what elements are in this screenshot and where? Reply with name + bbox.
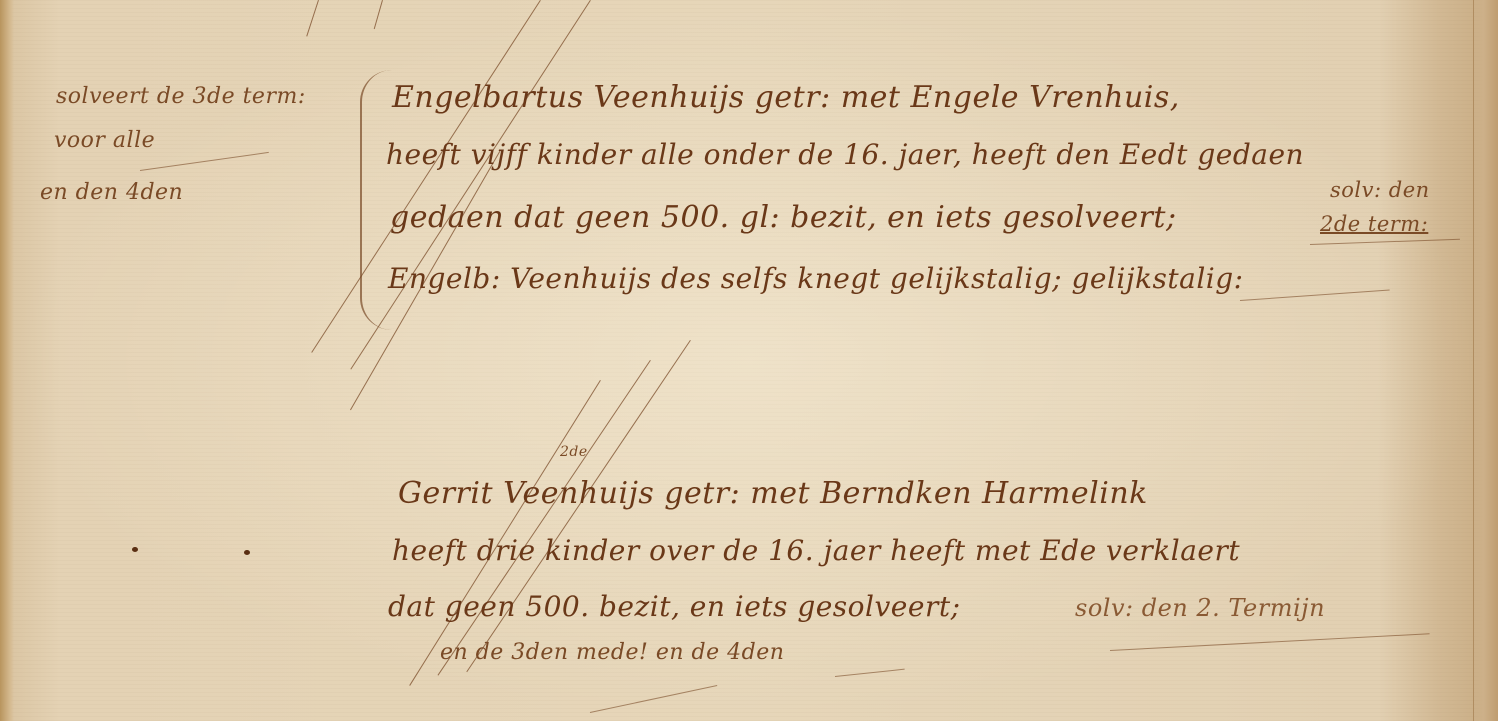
entry-1-line-3: gedaen dat geen 500. gl: bezit, en iets …: [390, 200, 1177, 235]
entry-1-side-note-line: solv: den: [1330, 178, 1430, 202]
entry-1-line-2: heeft vijff kinder alle onder de 16. jae…: [386, 138, 1304, 171]
ink-speck: [132, 547, 138, 552]
entry-2-prefix-mark: 2de: [560, 444, 588, 460]
pen-stroke: [311, 0, 541, 353]
pen-stroke: [306, 0, 319, 36]
entry-1-line-4: Engelb: Veenhuijs des selfs knegt gelijk…: [388, 262, 1244, 295]
page-left-edge: [0, 0, 14, 721]
entry-2-line-1: Gerrit Veenhuijs getr: met Berndken Harm…: [398, 476, 1148, 511]
margin-rule: [140, 152, 269, 171]
entry-1-side-note-line: 2de term:: [1320, 212, 1428, 236]
entry-2-line-4: en de 3den mede! en de 4den: [440, 640, 784, 665]
manuscript-page: solveert de 3de term: voor alle en den 4…: [0, 0, 1498, 721]
entry-rule: [1110, 633, 1430, 651]
entry-1-line-1: Engelbartus Veenhuijs getr: met Engele V…: [392, 80, 1180, 115]
entry-2-line-3: dat geen 500. bezit, en iets gesolveert;: [388, 590, 961, 623]
entry-2-line-2: heeft drie kinder over de 16. jaer heeft…: [392, 534, 1240, 567]
pen-stroke: [438, 360, 651, 676]
margin-note-line: voor alle: [54, 128, 155, 153]
entry-rule: [1310, 239, 1460, 245]
entry-rule: [835, 669, 905, 677]
margin-note-line: solveert de 3de term:: [56, 84, 306, 109]
entry-rule: [590, 685, 717, 713]
pen-stroke: [374, 0, 383, 29]
ink-speck: [244, 550, 250, 555]
entry-2-side-note: solv: den 2. Termijn: [1075, 594, 1325, 622]
entry-rule: [1240, 290, 1390, 301]
margin-note-line: en den 4den: [40, 180, 183, 205]
page-right-edge: [1473, 0, 1498, 721]
